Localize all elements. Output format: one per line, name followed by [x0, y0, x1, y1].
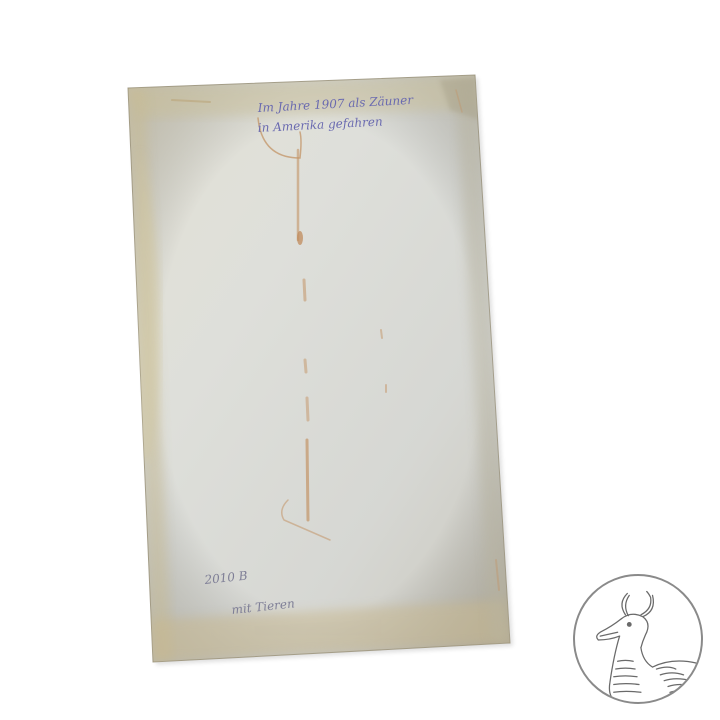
photo-card: Im Jahre 1907 als Zäuner in Amerika gefa… — [128, 75, 510, 662]
duck-with-horns-icon — [575, 576, 701, 702]
duck-logo — [573, 574, 703, 704]
